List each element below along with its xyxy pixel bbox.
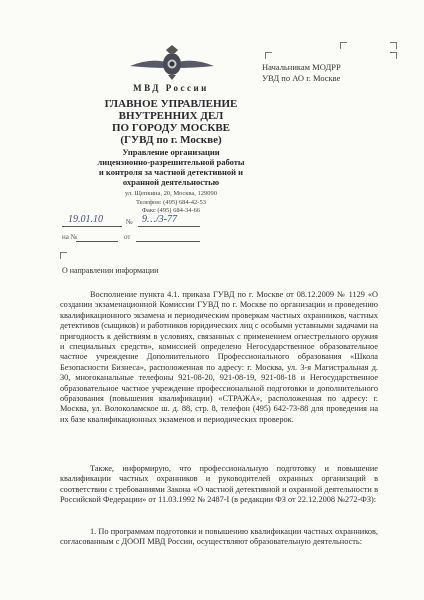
date-underline — [62, 226, 122, 227]
department-line: охранной деятельностью — [40, 177, 302, 187]
double-headed-eagle-emblem-icon — [128, 44, 216, 80]
department-line: Управление организации — [40, 147, 302, 157]
outgoing-date: 19.01.10 — [68, 214, 103, 225]
agency-title-line: ВНУТРЕННИХ ДЕЛ — [40, 110, 302, 122]
agency-title-line: (ГУВД по г. Москве) — [40, 134, 302, 146]
body-paragraph: Восполнение пункта 4.1. приказа ГУВД по … — [60, 290, 378, 425]
paragraph-text: Восполнение пункта 4.1. приказа ГУВД по … — [60, 290, 378, 425]
corner-mark — [60, 252, 67, 259]
phone: Телефон: (495) 684-42-53 — [40, 199, 302, 208]
agency-title-line: ПО ГОРОДУ МОСКВЕ — [40, 122, 302, 134]
department-line: и контроля за частной детективной и — [40, 167, 302, 177]
department-title: Управление организации лицензионно-разре… — [40, 147, 302, 187]
ministry-name: МВД России — [40, 83, 302, 93]
agency-title: ГЛАВНОЕ УПРАВЛЕНИЕ ВНУТРЕННИХ ДЕЛ ПО ГОР… — [40, 98, 302, 146]
recipient-block: Начальникам МОДРР УВД по АО г. Москве — [262, 62, 341, 84]
recipient-line: Начальникам МОДРР — [262, 62, 341, 73]
from-label: от — [124, 233, 130, 241]
recipient-line: УВД по АО г. Москве — [262, 73, 341, 84]
number-underline — [138, 226, 200, 227]
department-line: лицензионно-разрешительной работы — [40, 157, 302, 167]
reply-to-label: на № — [62, 233, 77, 241]
body-paragraph: 1. По программам подготовки и повышению … — [60, 527, 378, 548]
outgoing-number: 9…/3-77 — [142, 214, 177, 225]
paragraph-text: Также, информирую, что профессиональную … — [60, 464, 378, 506]
subject-line: О направлении информации — [62, 266, 158, 275]
corner-mark — [390, 52, 397, 59]
corner-mark — [340, 42, 347, 49]
reply-number-underline — [76, 241, 118, 242]
paragraph-text: 1. По программам подготовки и повышению … — [60, 527, 378, 548]
corner-mark — [265, 52, 272, 59]
number-label: № — [126, 218, 133, 226]
corner-mark — [390, 42, 397, 49]
body-paragraph: Также, информирую, что профессиональную … — [60, 464, 378, 506]
outgoing-registration: 19.01.10 № 9…/3-77 — [60, 216, 210, 230]
contact-block: ул. Щепкина, 20, Москва, 129090 Телефон:… — [40, 190, 302, 216]
agency-title-line: ГЛАВНОЕ УПРАВЛЕНИЕ — [40, 98, 302, 110]
address: ул. Щепкина, 20, Москва, 129090 — [40, 190, 302, 199]
reply-reference: на № от — [62, 233, 212, 245]
reply-date-underline — [136, 241, 200, 242]
